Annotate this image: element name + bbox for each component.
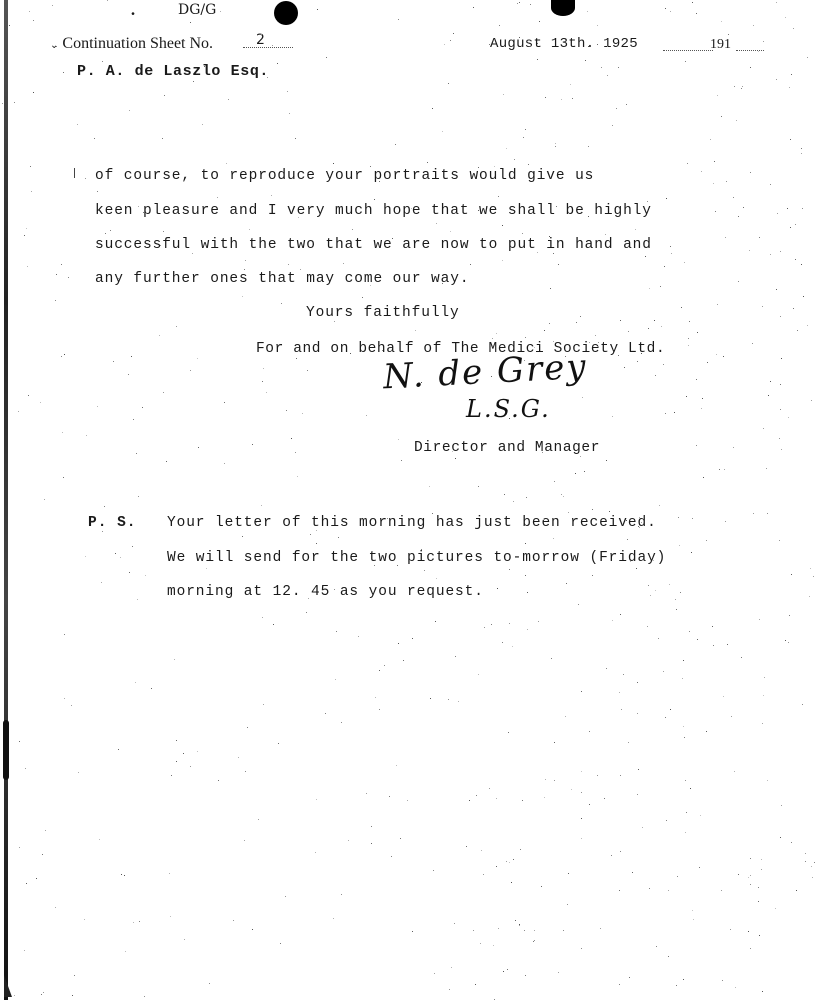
page-edge-shadow-thick xyxy=(3,720,9,780)
body-line: of course, to reproduce your portraits w… xyxy=(95,168,594,184)
punch-hole-right xyxy=(551,0,575,16)
stray-mark: • xyxy=(130,10,136,21)
postscript-line: Your letter of this morning has just bee… xyxy=(167,515,657,531)
letter-page: • DG/G ⌄Continuation Sheet No. 2 August … xyxy=(0,0,815,1000)
body-line: any further ones that may come our way. xyxy=(95,271,469,287)
year-dotted-line xyxy=(736,50,764,51)
printed-year-prefix: 191 xyxy=(710,37,731,53)
postscript-line: We will send for the two pictures to-mor… xyxy=(167,550,666,566)
page-corner-mark xyxy=(4,975,12,997)
postscript-line: morning at 12. 45 as you request. xyxy=(167,584,484,600)
sheet-number: 2 xyxy=(243,32,293,48)
continuation-label: ⌄Continuation Sheet No. xyxy=(50,35,213,53)
body-line: successful with the two that we are now … xyxy=(95,237,652,253)
page-edge-shadow xyxy=(4,0,8,1000)
margin-mark xyxy=(74,168,75,178)
body-line: keen pleasure and I very much hope that … xyxy=(95,203,652,219)
punch-hole-left xyxy=(274,1,298,25)
signatory-title: Director and Manager xyxy=(414,440,600,456)
reference-code: DG/G xyxy=(178,2,216,18)
addressee: P. A. de Laszlo Esq. xyxy=(77,63,269,80)
tick-mark-icon: ⌄ xyxy=(50,40,58,51)
letter-date: August 13th. 1925 xyxy=(490,36,638,52)
closing-salutation: Yours faithfully xyxy=(306,305,460,321)
postscript-label: P. S. xyxy=(88,515,137,531)
date-dotted-line xyxy=(663,50,713,51)
continuation-label-text: Continuation Sheet No. xyxy=(62,35,213,52)
